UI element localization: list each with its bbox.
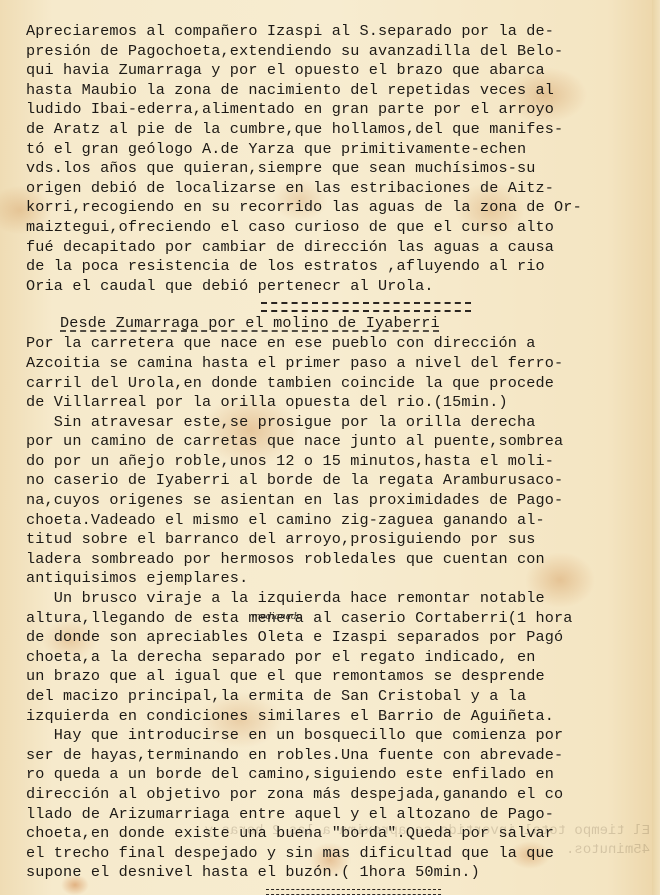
text-line: por un camino de carretas que nace junto…: [26, 432, 646, 452]
text-line: na,cuyos origenes se asientan en las pro…: [26, 491, 646, 511]
text-line: un brazo que al igual que el que remonta…: [26, 667, 646, 687]
text-line: no caserio de Iyaberri al borde de la re…: [26, 471, 646, 491]
text-line: de la poca resistencia de los estratos ,…: [26, 257, 646, 277]
text-line: vds.los años que quieran,siempre que sea…: [26, 159, 646, 179]
paper-edge: [652, 0, 660, 895]
section-divider: [26, 302, 646, 308]
text-line: Apreciaremos al compañero Izaspi al S.se…: [26, 22, 646, 42]
text-line: maiztegui,ofreciendo el caso curioso de …: [26, 218, 646, 238]
text-line: de donde son apreciables Oleta e Izaspi …: [26, 628, 646, 648]
text-line: Hay que introducirse en un bosquecillo q…: [26, 726, 646, 746]
text-line: Por la carretera que nace en ese pueblo …: [26, 334, 646, 354]
text-line: hasta Maubio la zona de nacimiento del r…: [26, 81, 646, 101]
text-line: Un brusco viraje a la izquierda hace rem…: [26, 589, 646, 609]
text-line: choeta.Vadeado el mismo el camino zig-za…: [26, 511, 646, 531]
text-line: carril del Urola,en donde tambien coinci…: [26, 374, 646, 394]
text-line: antiquisimos ejemplares.: [26, 569, 646, 589]
text-line: supone el desnivel hasta el buzón.( 1hor…: [26, 863, 646, 883]
text-line: origen debió de localizarse en las estri…: [26, 179, 646, 199]
text-line: de Aratz al pie de la cumbre,que hollamo…: [26, 120, 646, 140]
text-line: do por un añejo roble,unos 12 o 15 minut…: [26, 452, 646, 472]
text-line: ro queda a un borde del camino,siguiendo…: [26, 765, 646, 785]
text-line: choeta,a la derecha separado por el rega…: [26, 648, 646, 668]
paragraph-route: Por la carretera que nace en ese pueblo …: [26, 334, 646, 883]
handwritten-annotation: medianado: [252, 612, 302, 622]
text-line: qui havia Zumarraga y por el opuesto el …: [26, 61, 646, 81]
text-line: el trecho final despejado y sin mas difi…: [26, 844, 646, 864]
text-line: Azcoitia se camina hasta el primer paso …: [26, 354, 646, 374]
text-line: ladera sombreado por hermosos robledales…: [26, 550, 646, 570]
text-line: titud sobre el barranco del arroyo,prosi…: [26, 530, 646, 550]
section-heading: Desde Zumarraga por el molino de Iyaberr…: [26, 314, 646, 334]
text-line: de Villarreal por la orilla opuesta del …: [26, 393, 646, 413]
text-line: altura,llegando de esta menera al caseri…: [26, 609, 646, 629]
text-line: Oria el caudal que debió pertenecr al Ur…: [26, 277, 646, 297]
text-line: presión de Pagochoeta,extendiendo su ava…: [26, 42, 646, 62]
text-line: korri,recogiendo en su recorrido las agu…: [26, 198, 646, 218]
text-line: del macizo principal,la ermita de San Cr…: [26, 687, 646, 707]
text-line: llado de Arizumarriaga entre aquel y el …: [26, 805, 646, 825]
typewritten-page: Apreciaremos al compañero Izaspi al S.se…: [26, 22, 646, 895]
paragraph-intro: Apreciaremos al compañero Izaspi al S.se…: [26, 22, 646, 296]
text-line: fué decapitado por cambiar de dirección …: [26, 238, 646, 258]
text-line: Sin atravesar este,se prosigue por la or…: [26, 413, 646, 433]
text-line: tó el gran geólogo A.de Yarza que primit…: [26, 140, 646, 160]
text-line: izquierda en condiciones similares el Ba…: [26, 707, 646, 727]
text-line: ludido Ibai-ederra,alimentado en gran pa…: [26, 100, 646, 120]
text-line: choeta,en donde existe una buena "borda"…: [26, 824, 646, 844]
text-line: dirección al objetivo por zona más despe…: [26, 785, 646, 805]
text-line: ser de hayas,terminando en robles.Una fu…: [26, 746, 646, 766]
end-divider: [26, 889, 646, 895]
